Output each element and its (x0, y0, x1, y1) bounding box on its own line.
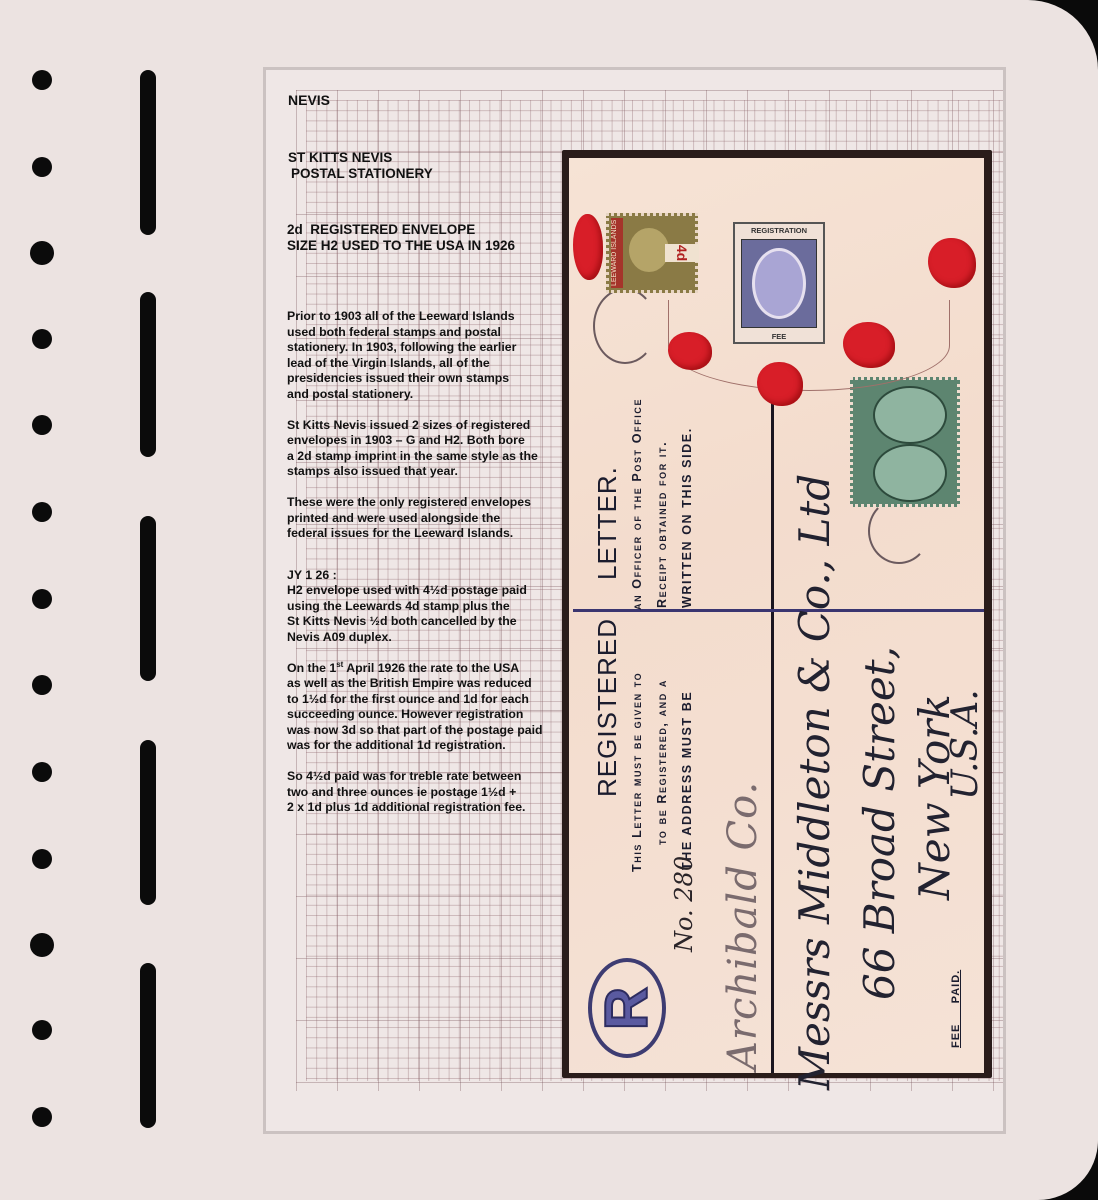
wax-seal-icon (573, 214, 603, 280)
leeward-4d-stamp: LEEWARD ISLANDS 4d (606, 213, 698, 293)
king-portrait-icon (873, 444, 947, 502)
binder-hole (32, 849, 52, 869)
page-title: 2d REGISTERED ENVELOPE SIZE H2 USED TO T… (287, 222, 515, 254)
wax-seal-icon (928, 238, 976, 288)
address-line: 66 Broad Street, (855, 646, 904, 1000)
binder-hole (30, 241, 54, 265)
title-line: SIZE H2 USED TO THE USA IN 1926 (287, 238, 515, 254)
binder-hole (32, 415, 52, 435)
wax-seal-icon (843, 322, 895, 368)
binder-slot (140, 740, 156, 905)
king-portrait-icon (629, 228, 669, 272)
binder-hole (32, 1020, 52, 1040)
binder-hole (32, 70, 52, 90)
paragraph: Prior to 1903 all of the Leeward Islands… (287, 309, 577, 402)
usage-note: JY 1 26 :H2 envelope used with 4½d posta… (287, 568, 577, 646)
instruction-line: THE ADDRESS MUST BE (680, 691, 694, 870)
paragraph: St Kitts Nevis issued 2 sizes of registe… (287, 418, 577, 480)
subheading: ST KITTS NEVIS POSTAL STATIONERY (288, 150, 433, 182)
sender-handwriting: Archibald Co. (720, 781, 766, 1070)
letter-heading: LETTER. (592, 466, 623, 580)
wax-seal-icon (757, 362, 803, 406)
subheading-line: ST KITTS NEVIS (288, 150, 433, 166)
fee-paid-label: FEE PAID. (950, 970, 962, 1048)
usage-paragraph: H2 envelope used with 4½d postage paid u… (287, 583, 527, 644)
vignette-icon (873, 386, 947, 444)
envelope-divider (771, 390, 774, 1073)
address-line: Messrs Middleton & Co., Ltd (790, 474, 839, 1090)
binder-hole (32, 157, 52, 177)
instruction-line: WRITTEN ON THIS SIDE. (680, 427, 694, 608)
binder-slot (140, 292, 156, 457)
binder-hole (32, 762, 52, 782)
usage-date: JY 1 26 : (287, 568, 337, 582)
binder-hole (32, 675, 52, 695)
binder-slot (140, 516, 156, 681)
instruction-line: This Letter must be given to (630, 672, 644, 872)
postmark-icon (593, 288, 657, 364)
binder-slot (140, 963, 156, 1128)
registration-r-icon: R (588, 958, 666, 1058)
registration-number: No. 280 (670, 856, 698, 952)
binder-slot (140, 70, 156, 235)
binder-hole (32, 502, 52, 522)
instruction-line: Receipt obtained for it. (655, 441, 669, 608)
registration-mark: R (593, 986, 662, 1029)
rate-paragraph: On the 1st April 1926 the rate to the US… (287, 661, 577, 754)
stamp-value: 4d (665, 244, 699, 262)
stamp-label: REGISTRATION (735, 226, 823, 235)
stamp-side-text: LEEWARD ISLANDS (611, 218, 623, 288)
address-line: U.S.A. (945, 689, 986, 800)
instruction-line: to be Registered, and a (655, 679, 669, 845)
conclusion-paragraph: So 4½d paid was for treble rate between … (287, 769, 577, 816)
wax-seal-icon (668, 332, 712, 370)
paragraph: These were the only registered envelopes… (287, 495, 577, 542)
binder-hole (32, 1107, 52, 1127)
registered-heading: REGISTERED (592, 618, 623, 797)
rate-text: On the 1 (287, 661, 336, 675)
binder-hole (32, 589, 52, 609)
subheading-line: POSTAL STATIONERY (288, 166, 433, 182)
instruction-line: an Officer of the Post Office (630, 398, 644, 610)
title-line: 2d REGISTERED ENVELOPE (287, 222, 515, 238)
binder-hole (30, 933, 54, 957)
postmark-icon (868, 498, 930, 564)
country-heading: NEVIS (288, 92, 330, 108)
description: Prior to 1903 all of the Leeward Islands… (287, 309, 577, 831)
binder-hole (32, 329, 52, 349)
st-kitts-half-penny-stamp (850, 377, 960, 507)
